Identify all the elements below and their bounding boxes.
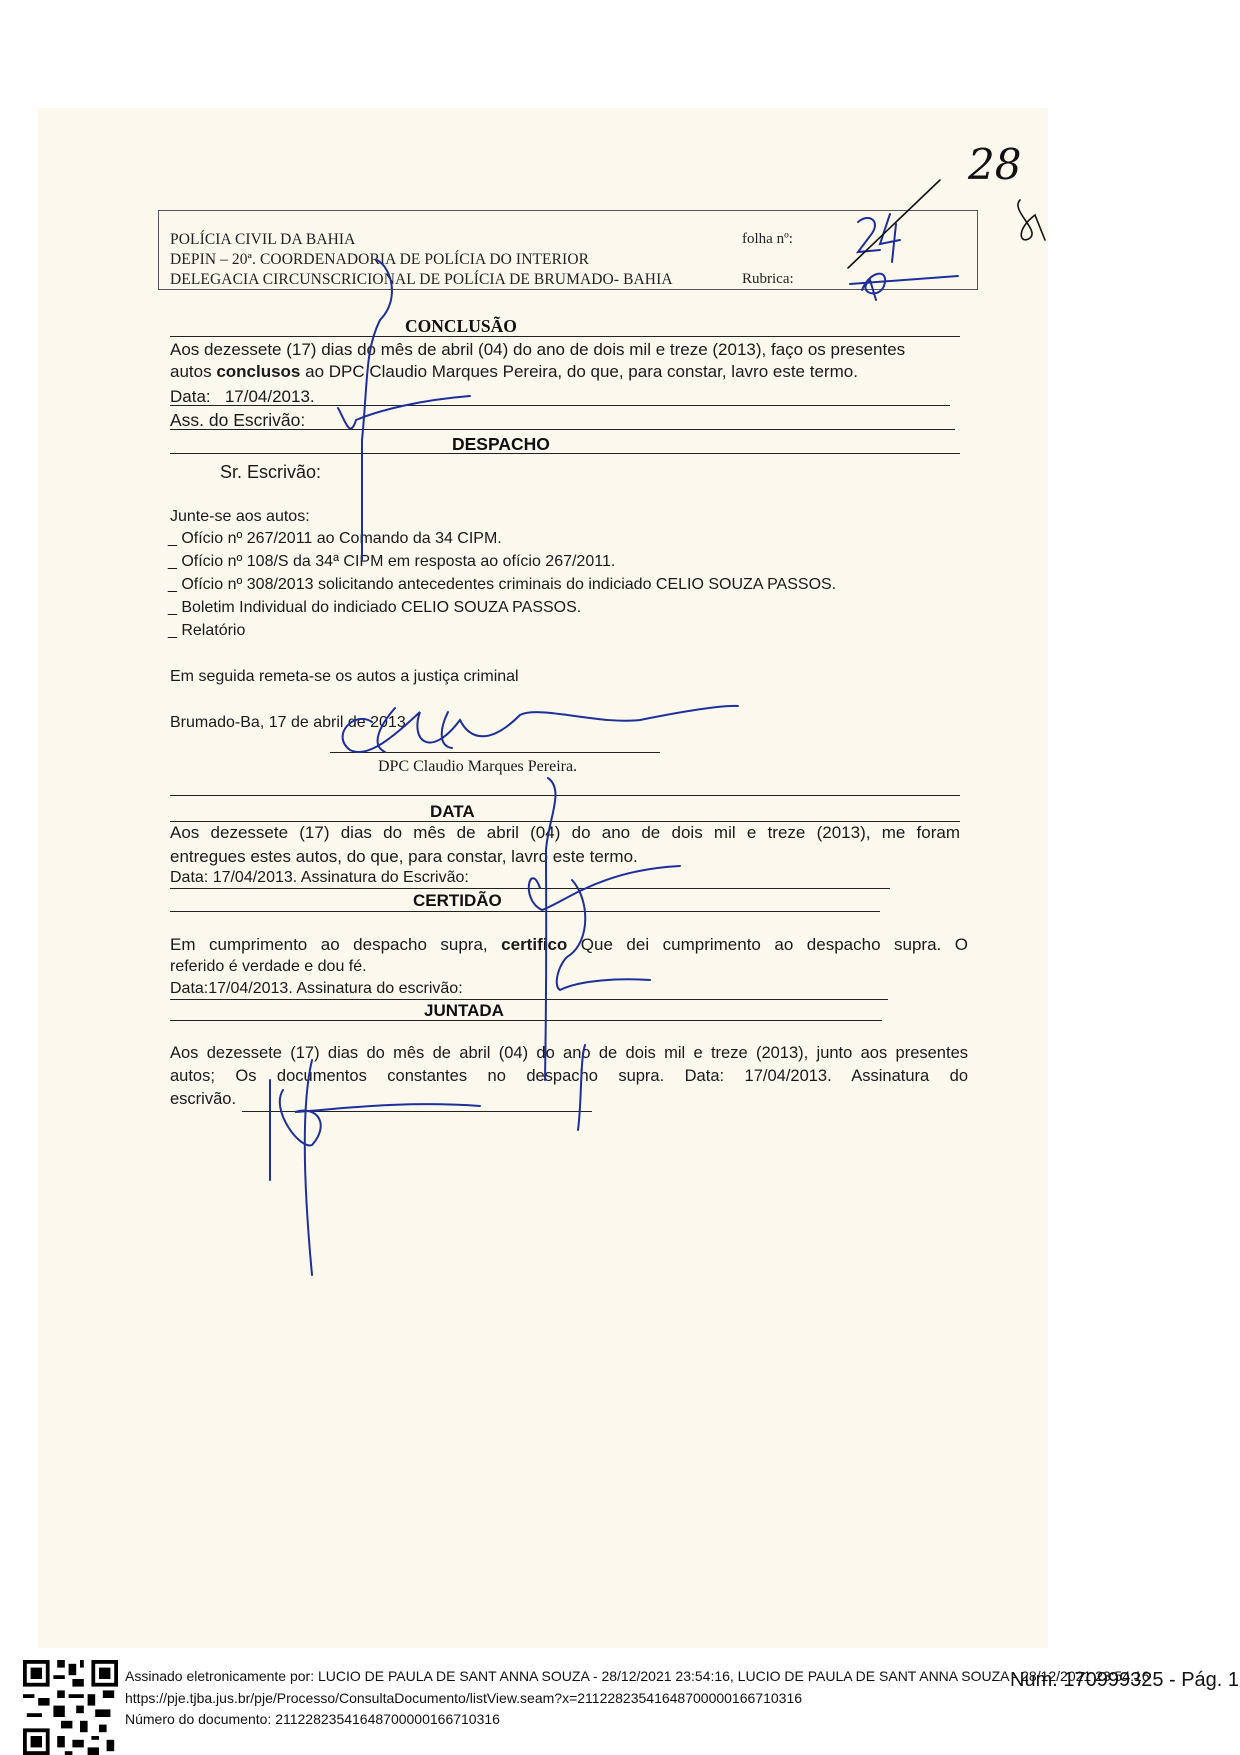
signature-line: [170, 888, 890, 889]
signatory-name: DPC Claudio Marques Pereira.: [378, 758, 577, 776]
juntada-line3: escrivão.: [170, 1090, 236, 1109]
section-title-juntada: JUNTADA: [424, 1001, 504, 1021]
bold-term: conclusos: [216, 362, 300, 381]
certidao-line1: Em cumprimento ao despacho supra, certif…: [170, 935, 968, 955]
data-line2: entregues estes autos, do que, para cons…: [170, 847, 638, 867]
header-coordination: DEPIN – 20ª. COORDENADORIA DE POLÍCIA DO…: [170, 251, 589, 269]
list-item: _ Ofício nº 108/S da 34ª CIPM em respost…: [168, 553, 615, 571]
bold-term: certifico: [501, 935, 567, 954]
header-delegacia: DELEGACIA CIRCUNSCRICIONAL DE POLÍCIA DE…: [170, 271, 673, 289]
data-line1: Aos dezessete (17) dias do mês de abril …: [170, 823, 960, 843]
certidao-line3: Data:17/04/2013. Assinatura do escrivão:: [170, 980, 463, 998]
text: autos: [170, 362, 216, 381]
document-number: Número do documento: 2112282354164870000…: [125, 1711, 500, 1727]
signature-line: [330, 752, 660, 753]
document-url[interactable]: https://pje.tjba.jus.br/pje/Processo/Con…: [125, 1690, 802, 1706]
section-title-despacho: DESPACHO: [452, 434, 550, 455]
juntada-line2: autos; Os documentos constantes no despa…: [170, 1067, 968, 1086]
text: ao DPC Claudio Marques Pereira, do que, …: [300, 362, 858, 381]
date-line: [170, 405, 950, 406]
folha-label: folha nº:: [742, 231, 793, 248]
place-date: Brumado-Ba, 17 de abril de 2013: [170, 714, 406, 732]
escrivao-signature-label: Ass. do Escrivão:: [170, 410, 305, 431]
conclusao-date: Data: 17/04/2013.: [170, 387, 315, 407]
date-label: Data:: [170, 387, 211, 406]
list-item: _ Ofício nº 308/2013 solicitando anteced…: [168, 576, 836, 594]
signed-by: Assinado eletronicamente por: LUCIO DE P…: [125, 1668, 1150, 1684]
divider: [170, 453, 960, 454]
divider: [170, 1020, 882, 1021]
juntada-line1: Aos dezessete (17) dias do mês de abril …: [170, 1044, 968, 1063]
section-title-data: DATA: [430, 802, 475, 822]
section-title-certidao: CERTIDÃO: [413, 891, 502, 911]
divider: [170, 911, 880, 912]
text: Em cumprimento ao despacho supra,: [170, 935, 501, 954]
salutation: Sr. Escrivão:: [220, 462, 321, 483]
signature-line: [242, 1111, 592, 1112]
divider: [170, 336, 960, 337]
rubrica-label: Rubrica:: [742, 271, 794, 288]
conclusao-line2: autos conclusos ao DPC Claudio Marques P…: [170, 362, 858, 382]
list-item: _ Ofício nº 267/2011 ao Comando da 34 CI…: [168, 530, 502, 548]
text: Que dei cumprimento ao despacho supra. O: [567, 935, 968, 954]
divider: [170, 795, 960, 796]
section-title-conclusao: CONCLUSÃO: [405, 316, 517, 337]
qr-code-icon: [23, 1660, 118, 1755]
date-value: 17/04/2013.: [225, 387, 315, 406]
despacho-intro: Junte-se aos autos:: [170, 508, 310, 526]
header-institution: POLÍCIA CIVIL DA BAHIA: [170, 231, 355, 249]
list-item: _ Boletim Individual do indiciado CELIO …: [168, 599, 581, 617]
signature-line: [170, 429, 955, 430]
divider: [170, 821, 960, 822]
signature-line: [170, 999, 888, 1000]
despacho-closing: Em seguida remeta-se os autos a justiça …: [170, 668, 519, 686]
list-item: _ Relatório: [168, 622, 245, 640]
page-reference: Num. 170999325 - Pág. 1: [1010, 1669, 1239, 1692]
margin-page-number: 28: [968, 140, 1021, 189]
conclusao-line1: Aos dezessete (17) dias do mês de abril …: [170, 340, 905, 360]
certidao-line2: referido é verdade e dou fé.: [170, 958, 367, 976]
data-line3: Data: 17/04/2013. Assinatura do Escrivão…: [170, 869, 469, 887]
